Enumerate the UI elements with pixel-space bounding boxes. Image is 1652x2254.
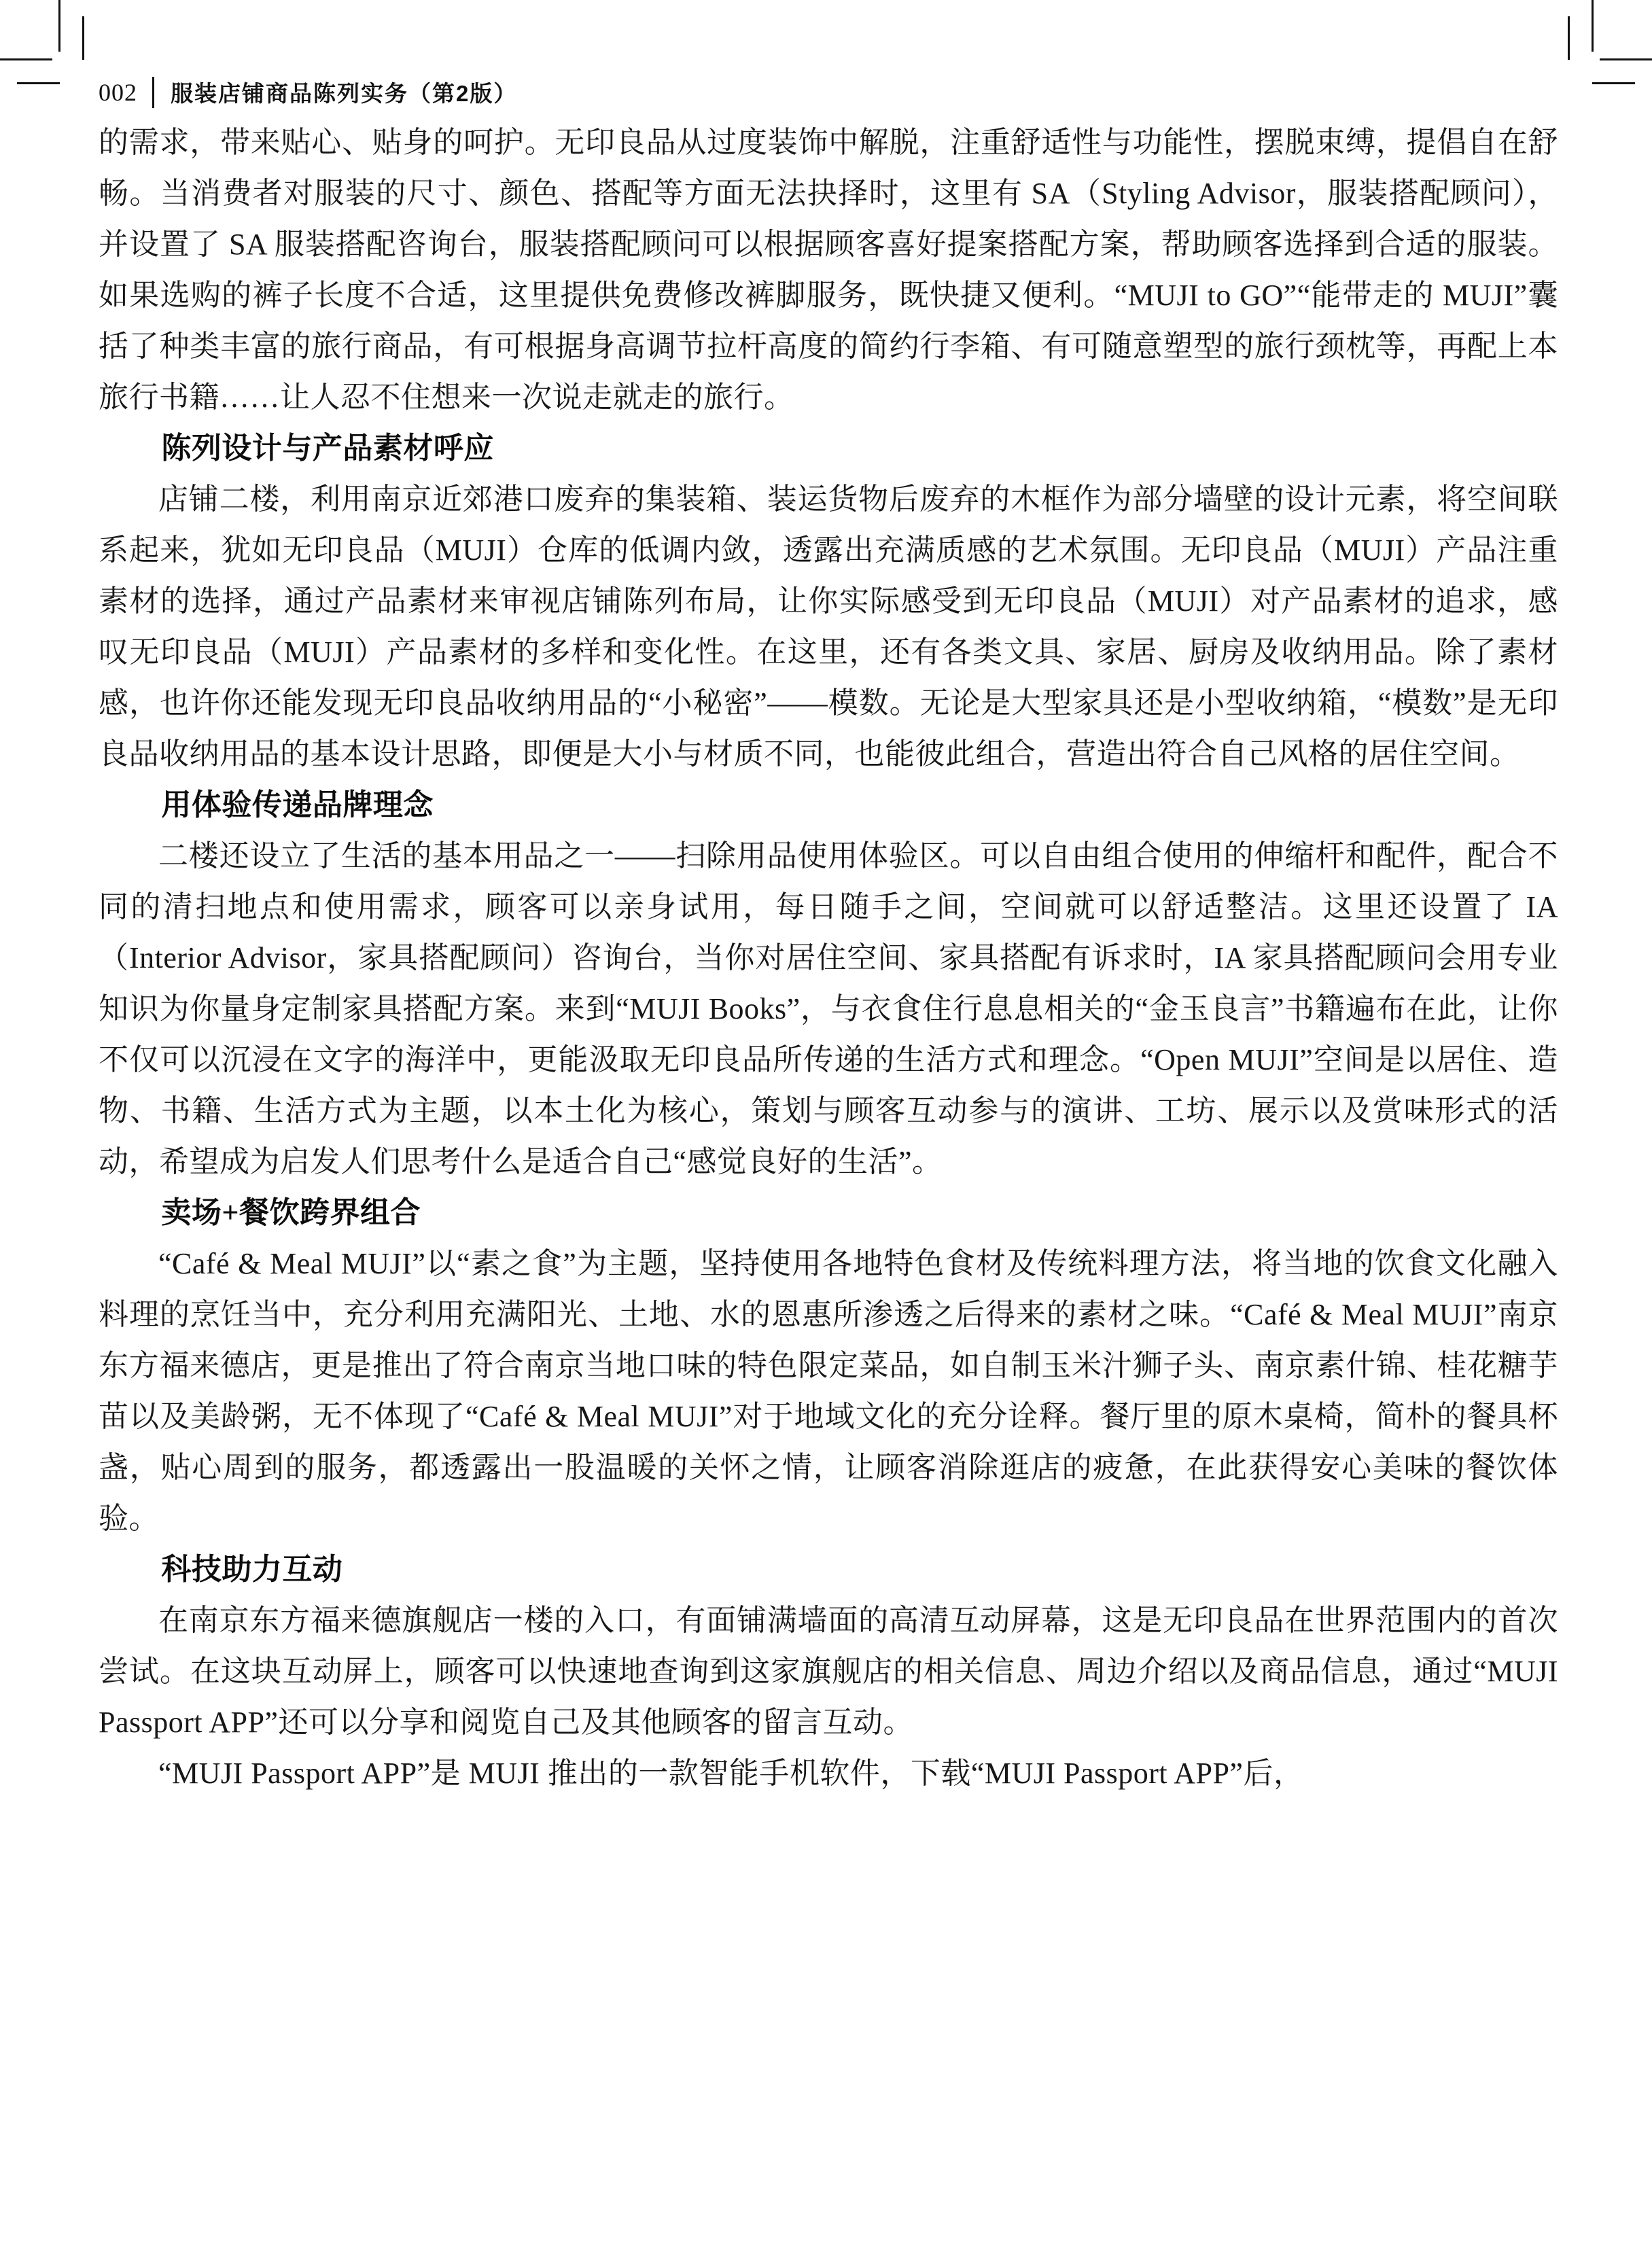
crop-mark-top-left-vertical-outer xyxy=(58,0,60,52)
paragraph-display-material: 店铺二楼，利用南京近郊港口废弃的集装箱、装运货物后废弃的木框作为部分墙壁的设计元… xyxy=(99,474,1558,779)
crop-mark-top-right-vertical-inner xyxy=(1568,16,1570,60)
section-heading-retail-dining: 卖场+餐饮跨界组合 xyxy=(99,1187,1558,1238)
crop-mark-top-left-horizontal-inner xyxy=(17,82,60,84)
section-heading-brand-experience: 用体验传递品牌理念 xyxy=(99,779,1558,830)
crop-mark-top-right-horizontal-inner xyxy=(1592,82,1635,84)
crop-mark-top-right-horizontal-outer xyxy=(1600,58,1652,60)
header-divider xyxy=(152,77,154,108)
paragraph-retail-dining: “Café & Meal MUJI”以“素之食”为主题，坚持使用各地特色食材及传… xyxy=(99,1238,1558,1544)
paragraph-tech-interaction: 在南京东方福来德旗舰店一楼的入口，有面铺满墙面的高清互动屏幕，这是无印良品在世界… xyxy=(99,1595,1558,1748)
crop-mark-top-left-vertical-inner xyxy=(82,16,84,60)
book-page: { "header": { "page_number": "002", "boo… xyxy=(0,0,1652,2254)
page-body: 的需求，带来贴心、贴身的呵护。无印良品从过度装饰中解脱，注重舒适性与功能性，摆脱… xyxy=(99,117,1558,1799)
crop-mark-top-right-vertical-outer xyxy=(1592,0,1594,52)
section-heading-tech-interaction: 科技助力互动 xyxy=(99,1544,1558,1595)
crop-mark-top-left-horizontal-outer xyxy=(0,58,52,60)
page-number: 002 xyxy=(99,78,137,107)
paragraph-muji-passport: “MUJI Passport APP”是 MUJI 推出的一款智能手机软件，下载… xyxy=(99,1748,1558,1799)
book-title: 服装店铺商品陈列实务（第2版） xyxy=(171,76,517,108)
section-heading-display-material: 陈列设计与产品素材呼应 xyxy=(99,423,1558,474)
running-header: 002 服装店铺商品陈列实务（第2版） xyxy=(99,76,517,108)
paragraph-continuation: 的需求，带来贴心、贴身的呵护。无印良品从过度装饰中解脱，注重舒适性与功能性，摆脱… xyxy=(99,117,1558,423)
paragraph-brand-experience: 二楼还设立了生活的基本用品之一——扫除用品使用体验区。可以自由组合使用的伸缩杆和… xyxy=(99,830,1558,1187)
